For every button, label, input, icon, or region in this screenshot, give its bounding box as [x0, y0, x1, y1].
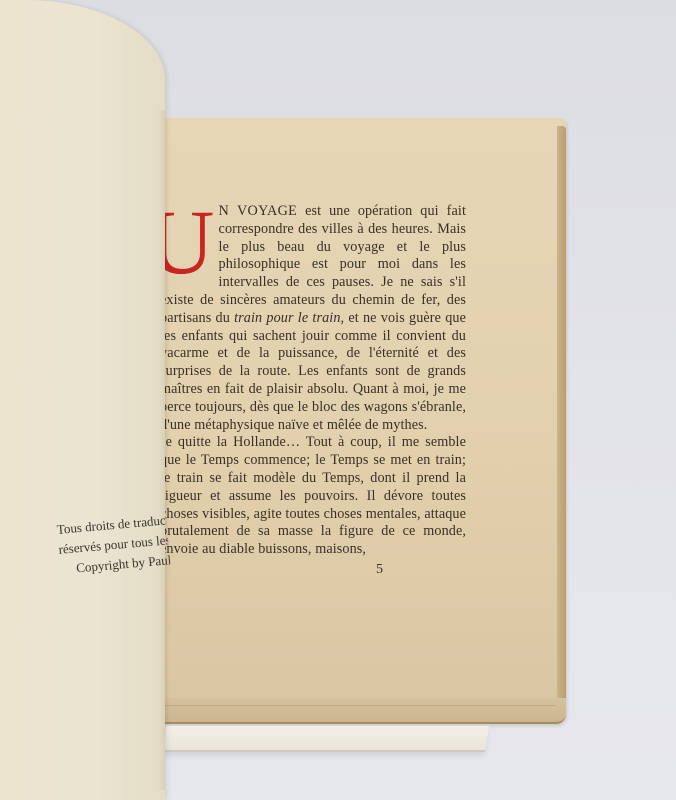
right-book-page: UN VOYAGE est une opération qui fait cor… — [130, 118, 566, 724]
page-body-text: UN VOYAGE est une opération qui fait cor… — [160, 203, 466, 559]
paragraph-2: Je quitte la Hollande… Tout à coup, il m… — [160, 434, 466, 559]
paragraph-1-part-b: , et ne vois guère que les enfants qui s… — [160, 310, 466, 433]
left-curled-page: Tous droits de traduction réservés pour … — [0, 0, 165, 800]
deckle-bottom-edge — [130, 698, 566, 724]
page-number: 5 — [376, 562, 383, 578]
italic-phrase: train pour le train — [234, 310, 340, 326]
paragraph-1: UN VOYAGE est une opération qui fait cor… — [160, 203, 466, 434]
copyright-notice: Tous droits de traduction réservés pour … — [56, 510, 171, 579]
left-page-edge — [159, 110, 165, 790]
page-fore-edge — [557, 126, 566, 716]
opening-small-caps: N VOYAGE — [219, 203, 298, 219]
deckle-line — [130, 705, 556, 706]
photo-scene: UN VOYAGE est une opération qui fait cor… — [0, 0, 676, 800]
book-stand — [163, 726, 489, 752]
